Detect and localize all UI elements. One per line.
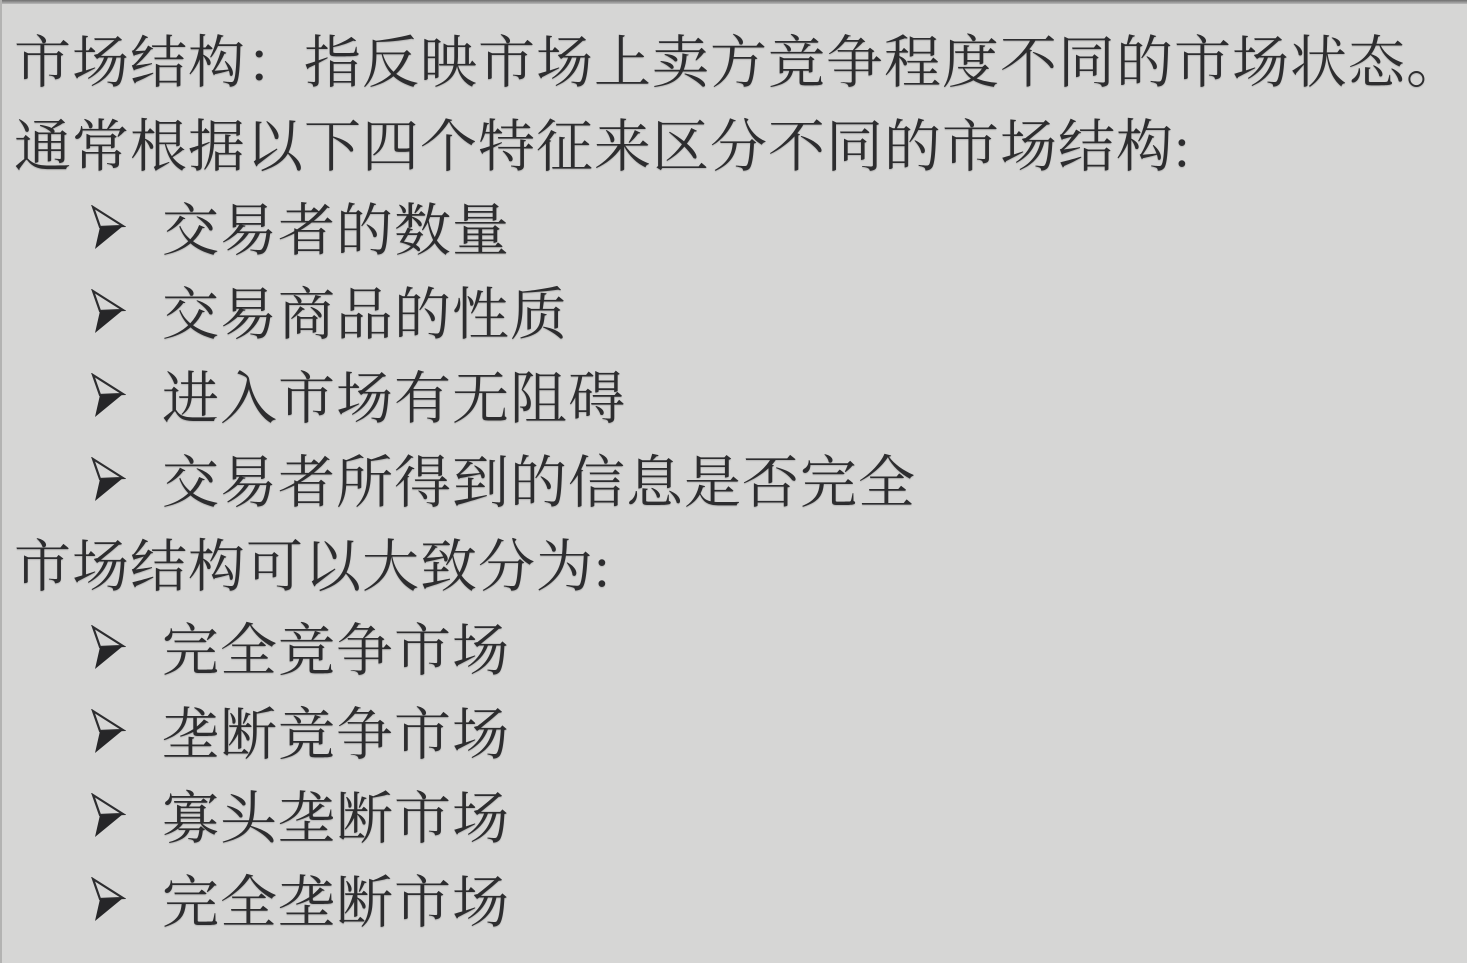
- arrowhead-bullet-icon: [90, 709, 126, 755]
- market-type-bullet-text: 完全垄断市场: [162, 857, 510, 939]
- feature-bullet-text: 交易者所得到的信息是否完全: [162, 437, 916, 519]
- market-type-bullet-item: 寡头垄断市场: [14, 772, 1459, 856]
- feature-bullet-text: 交易者的数量: [162, 185, 510, 267]
- intro-line-2: 通常根据以下四个特征来区分不同的市场结构:: [14, 100, 1459, 184]
- feature-bullet-item: 进入市场有无阻碍: [14, 352, 1459, 436]
- classification-heading-text: 市场结构可以大致分为:: [14, 521, 611, 603]
- intro-line-1: 市场结构：指反映市场上卖方竞争程度不同的市场状态。: [14, 16, 1459, 100]
- slide-content: 市场结构：指反映市场上卖方竞争程度不同的市场状态。 通常根据以下四个特征来区分不…: [14, 16, 1459, 940]
- arrowhead-bullet-icon: [90, 793, 126, 839]
- intro-line-1-text: 市场结构：指反映市场上卖方竞争程度不同的市场状态。: [14, 17, 1464, 99]
- arrowhead-bullet-icon: [90, 289, 126, 335]
- arrowhead-bullet-icon: [90, 373, 126, 419]
- market-type-bullet-item: 完全竞争市场: [14, 604, 1459, 688]
- market-type-bullet-text: 寡头垄断市场: [162, 773, 510, 855]
- market-type-bullet-item: 完全垄断市场: [14, 856, 1459, 940]
- intro-line-2-text: 通常根据以下四个特征来区分不同的市场结构:: [14, 101, 1191, 183]
- arrowhead-bullet-icon: [90, 457, 126, 503]
- feature-bullet-item: 交易者所得到的信息是否完全: [14, 436, 1459, 520]
- market-type-bullet-item: 垄断竞争市场: [14, 688, 1459, 772]
- slide-left-edge: [0, 0, 2, 963]
- feature-bullet-text: 交易商品的性质: [162, 269, 568, 351]
- feature-bullet-text: 进入市场有无阻碍: [162, 353, 626, 435]
- slide-top-edge: [0, 0, 1467, 4]
- classification-heading: 市场结构可以大致分为:: [14, 520, 1459, 604]
- arrowhead-bullet-icon: [90, 877, 126, 923]
- feature-bullet-item: 交易者的数量: [14, 184, 1459, 268]
- market-type-bullet-text: 完全竞争市场: [162, 605, 510, 687]
- arrowhead-bullet-icon: [90, 205, 126, 251]
- feature-bullet-item: 交易商品的性质: [14, 268, 1459, 352]
- market-type-bullet-text: 垄断竞争市场: [162, 689, 510, 771]
- arrowhead-bullet-icon: [90, 625, 126, 671]
